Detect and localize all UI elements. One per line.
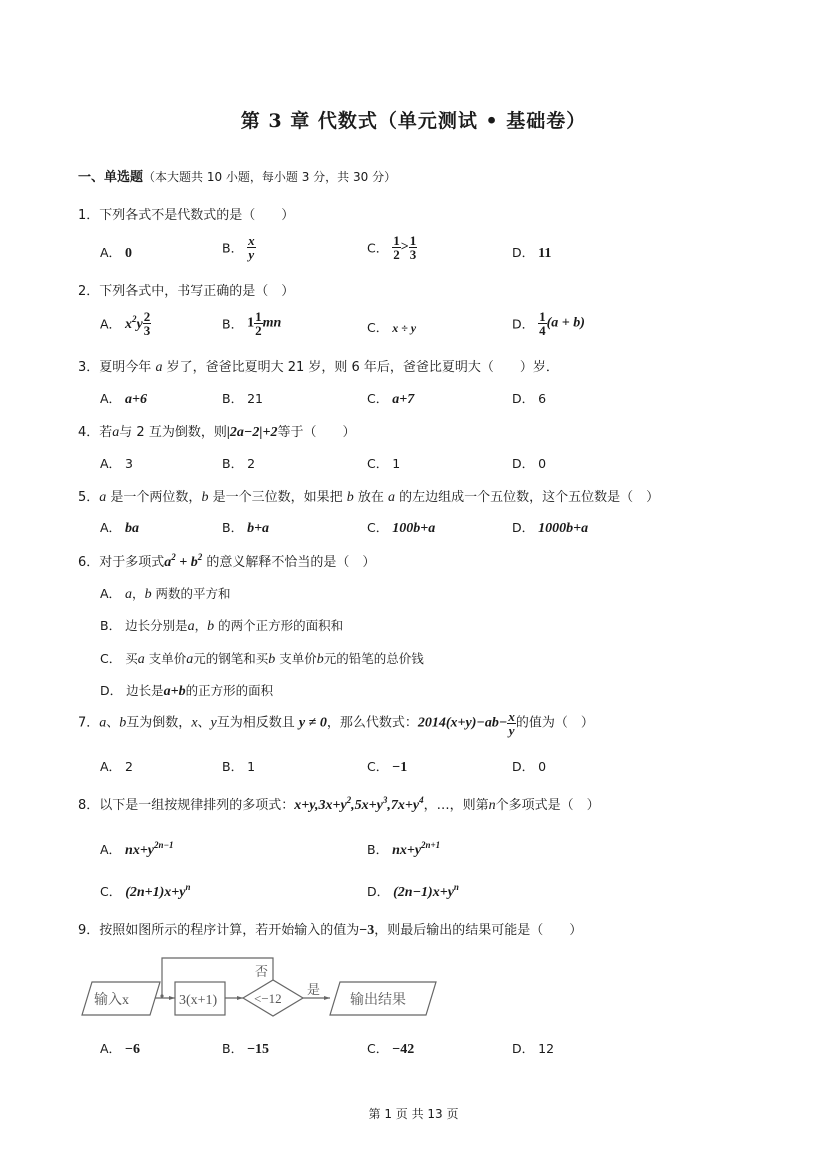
exponent: 2n+1 [421, 840, 440, 850]
option-text: 买 [125, 651, 138, 666]
q4-option-a[interactable]: A． 3 [100, 454, 133, 472]
exponent: n [186, 882, 191, 892]
question-number: 3． [78, 360, 99, 375]
flowchart-no-label: 否 [255, 964, 268, 979]
q9-option-b[interactable]: B． −15 [222, 1039, 269, 1058]
expression: −3 [359, 923, 374, 938]
option-value: nx+y [392, 843, 421, 858]
option-label: C． [367, 241, 388, 256]
option-value: 2 [125, 759, 133, 774]
variable: a [155, 360, 162, 375]
fraction: xy [247, 234, 256, 261]
page-footer: 第 1 页 共 13 页 [0, 1105, 827, 1122]
option-label: B． [367, 842, 388, 857]
option-label: A． [100, 586, 121, 601]
question-number: 1． [78, 208, 99, 223]
section-title: 一、单选题 [78, 170, 143, 185]
denominator: y [509, 724, 515, 737]
option-value: −15 [247, 1042, 269, 1057]
option-label: D． [100, 683, 122, 698]
option-label: B． [222, 520, 243, 535]
expression: a2 + b2 [164, 555, 202, 570]
q6-option-d[interactable]: D． 边长是a+b的正方形的面积 [100, 681, 273, 700]
question-3: 3．夏明今年 a 岁了，爸爸比夏明大 21 岁，则 6 年后，爸爸比夏明大（ ）… [78, 356, 559, 376]
flowchart-process-label: 3(x+1) [179, 993, 218, 1008]
option-value: 11 [538, 246, 551, 261]
option-label: C． [367, 456, 388, 471]
question-stem: 下列各式不是代数式的是（ ） [99, 208, 294, 223]
q7-option-a[interactable]: A． 2 [100, 757, 133, 775]
variable: a [188, 619, 195, 634]
question-number: 2． [78, 284, 99, 299]
stem-text: 是一个三位数，如果把 [213, 490, 343, 505]
variable: a [99, 490, 106, 505]
stem-text: 放在 [358, 490, 384, 505]
option-value: a+6 [125, 392, 147, 407]
option-label: D． [512, 245, 534, 260]
q6-option-c[interactable]: C． 买a 支单价a元的钢笔和买b 支单价b元的铅笔的总价钱 [100, 649, 424, 668]
stem-text: 、 [106, 716, 119, 731]
option-label: D． [512, 1041, 534, 1056]
option-label: B． [222, 241, 243, 256]
option-label: B． [100, 618, 121, 633]
variable: n [489, 798, 496, 813]
question-7: 7．a、b互为倒数，x、y互为相反数且 y ≠ 0，那么代数式：2014(x+y… [78, 710, 594, 737]
option-label: B． [222, 391, 243, 406]
option-label: A． [100, 456, 121, 471]
stem-text: 的意义解释不恰当的是（ ） [206, 555, 375, 570]
expression: |2a−2|+2 [227, 425, 278, 440]
stem-text: 等于（ ） [277, 425, 355, 440]
option-text: 边长是 [126, 683, 164, 698]
option-value: 6 [538, 391, 546, 406]
q2-option-a[interactable]: A． x2y23 [100, 310, 151, 337]
fraction: 12 [392, 234, 401, 261]
option-value: 1000b+a [538, 521, 588, 536]
option-label: D． [512, 759, 534, 774]
q7-option-d[interactable]: D． 0 [512, 757, 546, 775]
option-value: 0 [125, 246, 132, 261]
fraction: 13 [409, 234, 418, 261]
option-label: C． [367, 320, 388, 335]
option-label: C． [367, 759, 388, 774]
numerator: x [507, 710, 516, 724]
exponent: n [454, 882, 459, 892]
stem-text: 互为倒数， [126, 716, 191, 731]
flowchart-yes-label: 是 [307, 982, 320, 997]
flowchart-input-label: 输入x [94, 992, 129, 1008]
option-text: 的两个正方形的面积和 [214, 618, 343, 633]
option-value: 3 [125, 456, 133, 471]
q3-option-d[interactable]: D． 6 [512, 389, 546, 407]
question-8: 8．以下是一组按规律排列的多项式：x+y,3x+y2,5x+y3,7x+y4，…… [78, 794, 600, 814]
question-4: 4．若a与 2 互为倒数，则|2a−2|+2等于（ ） [78, 421, 356, 441]
option-label: A． [100, 759, 121, 774]
q4-option-b[interactable]: B． 2 [222, 454, 255, 472]
question-5: 5．a 是一个两位数，b 是一个三位数，如果把 b 放在 a 的左边组成一个五位… [78, 486, 659, 506]
option-label: C． [100, 884, 121, 899]
q3-option-b[interactable]: B． 21 [222, 389, 263, 407]
option-label: D． [512, 456, 534, 471]
option-text: 两数的平方和 [152, 586, 231, 601]
option-value: 0 [538, 456, 546, 471]
stem-text: 对于多项式 [99, 555, 164, 570]
variable: b [201, 490, 208, 505]
option-value: a+7 [392, 392, 414, 407]
option-value: 0 [538, 759, 546, 774]
q5-option-a[interactable]: A． ba [100, 518, 139, 537]
stem-text: ，那么代数式： [327, 716, 418, 731]
fraction: 14 [538, 310, 547, 337]
q6-option-a[interactable]: A． a，b 两数的平方和 [100, 584, 231, 603]
option-label: A． [100, 520, 121, 535]
question-6: 6．对于多项式a2 + b2 的意义解释不恰当的是（ ） [78, 551, 375, 571]
flowchart-output-label: 输出结果 [350, 991, 406, 1008]
option-label: D． [367, 884, 389, 899]
q1-option-d[interactable]: D． 11 [512, 243, 551, 262]
option-label: B． [222, 317, 243, 332]
q9-option-a[interactable]: A． −6 [100, 1039, 140, 1058]
question-1: 1．下列各式不是代数式的是（ ） [78, 204, 294, 223]
q6-option-b[interactable]: B． 边长分别是a，b 的两个正方形的面积和 [100, 616, 343, 635]
stem-text: 互为相反数且 [217, 716, 295, 731]
q2-option-c[interactable]: C． x ÷ y [367, 318, 416, 336]
q4-option-d[interactable]: D． 0 [512, 454, 546, 472]
q7-option-b[interactable]: B． 1 [222, 757, 255, 775]
option-label: A． [100, 317, 121, 332]
option-text: ， [132, 586, 145, 601]
option-label: A． [100, 1041, 121, 1056]
option-text: 支单价 [275, 651, 316, 666]
q9-option-d[interactable]: D． 12 [512, 1039, 554, 1057]
stem-text: 若 [99, 425, 112, 440]
q2-option-b[interactable]: B． 112mn [222, 310, 281, 337]
q9-option-c[interactable]: C． −42 [367, 1039, 414, 1058]
stem-text: 按照如图所示的程序计算，若开始输入的值为 [99, 923, 359, 938]
q5-option-d[interactable]: D． 1000b+a [512, 518, 588, 537]
exponent: 2n−1 [154, 840, 173, 850]
stem-text: 的左边组成一个五位数，这个五位数是（ ） [399, 490, 659, 505]
option-label: D． [512, 391, 534, 406]
stem-text: 以下是一组按规律排列的多项式： [99, 798, 294, 813]
stem-text: 是一个两位数， [110, 490, 201, 505]
q1-option-c[interactable]: C． 12>13 [367, 234, 417, 261]
option-text: 元的钢笔和买 [193, 651, 268, 666]
option-value: 1 [392, 456, 400, 471]
option-value: 100b+a [392, 521, 435, 536]
question-2: 2．下列各式中，书写正确的是（ ） [78, 280, 294, 299]
q3-option-c[interactable]: C． a+7 [367, 389, 414, 408]
option-label: C． [100, 651, 121, 666]
q1-option-a[interactable]: A． 0 [100, 243, 132, 262]
option-label: D． [512, 317, 534, 332]
program-flowchart: 输入x 3(x+1) <−12 否 是 输出结果 [78, 950, 448, 1029]
variable: a [138, 652, 145, 667]
stem-text: 的值为（ ） [516, 716, 594, 731]
stem-text: 夏明今年 [99, 360, 151, 375]
option-value: (2n+1)x+y [125, 885, 185, 900]
option-value: −6 [125, 1042, 140, 1057]
option-value: −42 [392, 1042, 414, 1057]
stem-text: ，…，则第 [424, 798, 489, 813]
option-value: 21 [247, 391, 263, 406]
option-value: b+a [247, 521, 269, 536]
page-title: 第 3 章 代数式（单元测试 • 基础卷） [0, 106, 827, 133]
expression: a+b [164, 684, 186, 699]
option-label: B． [222, 456, 243, 471]
option-label: C． [367, 1041, 388, 1056]
option-label: D． [512, 520, 534, 535]
q8-option-c[interactable]: C． (2n+1)x+yn [100, 882, 191, 901]
q4-option-c[interactable]: C． 1 [367, 454, 400, 472]
expression: y ≠ 0 [299, 716, 327, 731]
question-number: 8． [78, 798, 99, 813]
question-stem: 下列各式中，书写正确的是（ ） [99, 284, 294, 299]
flowchart-condition-label: <−12 [254, 991, 282, 1006]
option-text: 边长分别是 [125, 618, 188, 633]
option-label: A． [100, 842, 121, 857]
option-text: 元的铅笔的总价钱 [324, 651, 424, 666]
option-value: ba [125, 521, 139, 536]
expression: x+y,3x+y2,5x+y3,7x+y4 [294, 798, 423, 813]
option-label: B． [222, 1041, 243, 1056]
q8-option-d[interactable]: D． (2n−1)x+yn [367, 882, 459, 901]
option-label: A． [100, 245, 121, 260]
question-number: 9． [78, 923, 99, 938]
q5-option-b[interactable]: B． b+a [222, 518, 269, 537]
option-label: C． [367, 520, 388, 535]
q1-option-b[interactable]: B． xy [222, 234, 256, 261]
q7-option-c[interactable]: C． −1 [367, 757, 407, 776]
option-label: B． [222, 759, 243, 774]
variable: b [317, 652, 324, 667]
q2-option-d[interactable]: D． 14(a + b) [512, 310, 585, 337]
expression: 2014(x+y)−ab− [418, 716, 507, 731]
stem-text: ，则最后输出的结果可能是（ ） [374, 923, 582, 938]
option-text: 的正方形的面积 [186, 683, 274, 698]
option-text: 支单价 [145, 651, 186, 666]
option-value: 12 [538, 1041, 554, 1056]
option-label: C． [367, 391, 388, 406]
stem-text: 岁了，爸爸比夏明大 21 岁，则 6 年后，爸爸比夏明大（ ）岁． [167, 360, 559, 375]
option-value: nx+y [125, 843, 154, 858]
question-number: 6． [78, 555, 99, 570]
option-value: 2 [247, 456, 255, 471]
question-number: 4． [78, 425, 99, 440]
variable: a [388, 490, 395, 505]
option-text: ， [195, 618, 208, 633]
question-number: 7． [78, 716, 99, 731]
option-value: (2n−1)x+y [393, 885, 454, 900]
fraction: xy [507, 710, 516, 737]
variable: b [347, 490, 354, 505]
flowchart-diagram: 输入x 3(x+1) <−12 否 是 输出结果 [78, 950, 448, 1025]
stem-text: 与 2 互为倒数，则 [119, 425, 227, 440]
question-number: 5． [78, 490, 99, 505]
option-value: x ÷ y [392, 321, 416, 335]
stem-text: 、 [198, 716, 211, 731]
option-value: 1 [247, 759, 255, 774]
q8-option-b[interactable]: B． nx+y2n+1 [367, 840, 440, 859]
question-9: 9．按照如图所示的程序计算，若开始输入的值为−3，则最后输出的结果可能是（ ） [78, 919, 582, 939]
fraction: 23 [143, 310, 152, 337]
q8-option-a[interactable]: A． nx+y2n−1 [100, 840, 174, 859]
fraction: 12 [254, 310, 263, 337]
section-heading: 一、单选题（本大题共 10 小题，每小题 3 分，共 30 分） [78, 166, 396, 185]
variable: a [125, 587, 132, 602]
option-label: A． [100, 391, 121, 406]
stem-text: 个多项式是（ ） [496, 798, 600, 813]
option-value: −1 [392, 760, 407, 775]
variable: b [145, 587, 152, 602]
section-note: （本大题共 10 小题，每小题 3 分，共 30 分） [143, 170, 396, 184]
q3-option-a[interactable]: A． a+6 [100, 389, 147, 408]
q5-option-c[interactable]: C． 100b+a [367, 518, 435, 537]
